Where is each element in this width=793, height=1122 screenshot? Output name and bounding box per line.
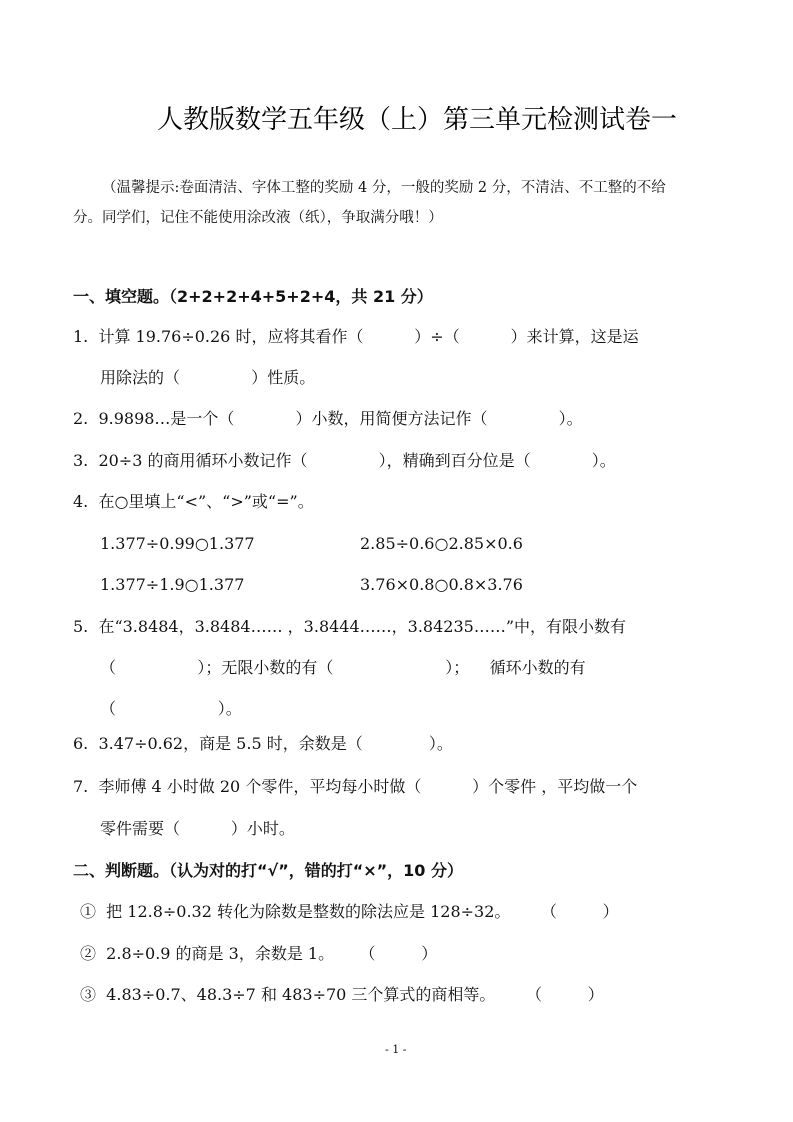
question-1-line-1: 1. 计算 19.76÷0.26 时，应将其看作（ ）÷（ ）来计算，这是运: [73, 327, 639, 347]
judge-item-3: ③ 4.83÷0.7、48.3÷7 和 483÷70 三个算式的商相等。 （ ）: [80, 985, 604, 1005]
question-6: 6. 3.47÷0.62，商是 5.5 时，余数是（ ）。: [73, 734, 453, 754]
tip-line-1: （温馨提示:卷面清洁、字体工整的奖励 4 分，一般的奖励 2 分，不清洁、不工整…: [102, 178, 666, 198]
question-5-line-2: （ ）；无限小数的有（ ）； 循环小数的有: [100, 658, 586, 678]
compare-item-2: 2.85÷0.6○2.85×0.6: [360, 534, 523, 554]
compare-item-4: 3.76×0.8○0.8×3.76: [360, 575, 523, 595]
question-7-line-2: 零件需要（ ）小时。: [100, 819, 295, 839]
section-1-heading: 一、填空题。（2+2+2+4+5+2+4，共 21 分）: [73, 287, 433, 307]
compare-item-3: 1.377÷1.9○1.377: [100, 575, 244, 595]
tip-line-2: 分。同学们，记住不能使用涂改液（纸），争取满分哦！）: [73, 208, 443, 228]
judge-item-2: ② 2.8÷0.9 的商是 3，余数是 1。 （ ）: [80, 944, 437, 964]
question-5-line-3: （ ）。: [100, 699, 242, 719]
question-4: 4. 在○里填上“<”、“>”或“=”。: [73, 492, 314, 512]
judge-item-1: ① 把 12.8÷0.32 转化为除数是整数的除法应是 128÷32。 （ ）: [80, 902, 619, 922]
section-2-heading: 二、判断题。（认为对的打“√”，错的打“×”，10 分）: [73, 861, 463, 881]
question-5-line-1: 5. 在“3.8484，3.8484…… ，3.8444……，3.84235………: [73, 617, 626, 637]
page-title: 人教版数学五年级（上）第三单元检测试卷一: [157, 104, 677, 136]
question-2: 2. 9.9898…是一个（ ）小数，用简便方法记作（ ）。: [73, 409, 583, 429]
question-1-line-2: 用除法的（ ）性质。: [100, 368, 315, 388]
question-7-line-1: 7. 李师傅 4 小时做 20 个零件，平均每小时做（ ）个零件 ，平均做一个: [73, 777, 637, 797]
compare-item-1: 1.377÷0.99○1.377: [100, 534, 255, 554]
page-number: - 1 -: [385, 1043, 406, 1056]
question-3: 3. 20÷3 的商用循环小数记作（ ），精确到百分位是（ ）。: [73, 451, 616, 471]
